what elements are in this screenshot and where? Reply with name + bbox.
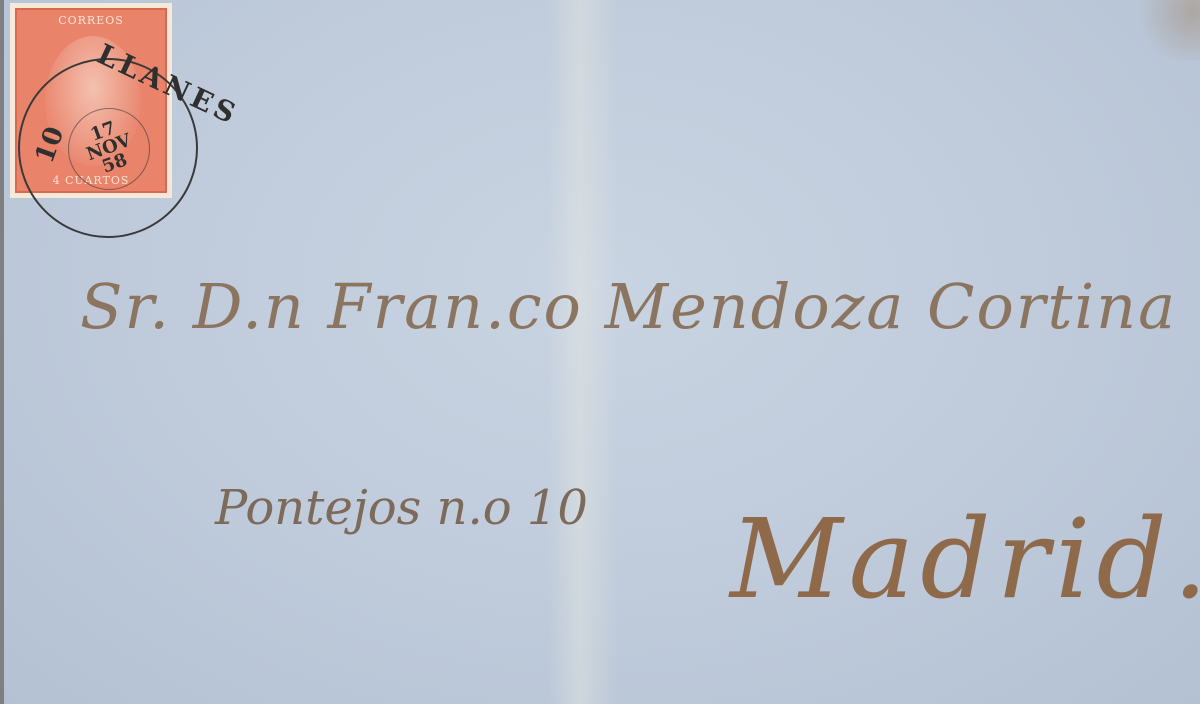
address-city: Madrid. <box>730 495 1200 623</box>
envelope-cover: CORREOS 4 CUARTOS LLANES 10 17 NOV 58 Sr… <box>0 0 1200 704</box>
stamp-top-label: CORREOS <box>17 14 165 27</box>
paper-stain <box>1130 0 1200 60</box>
postmark-cancel: LLANES 10 17 NOV 58 <box>18 58 198 238</box>
paper-edge <box>0 0 4 704</box>
paper-fold <box>548 0 618 704</box>
address-street: Pontejos n.o 10 <box>215 480 588 536</box>
postmark-number: 10 <box>30 123 71 167</box>
address-recipient: Sr. D.n Fran.co Mendoza Cortina <box>80 270 1177 343</box>
